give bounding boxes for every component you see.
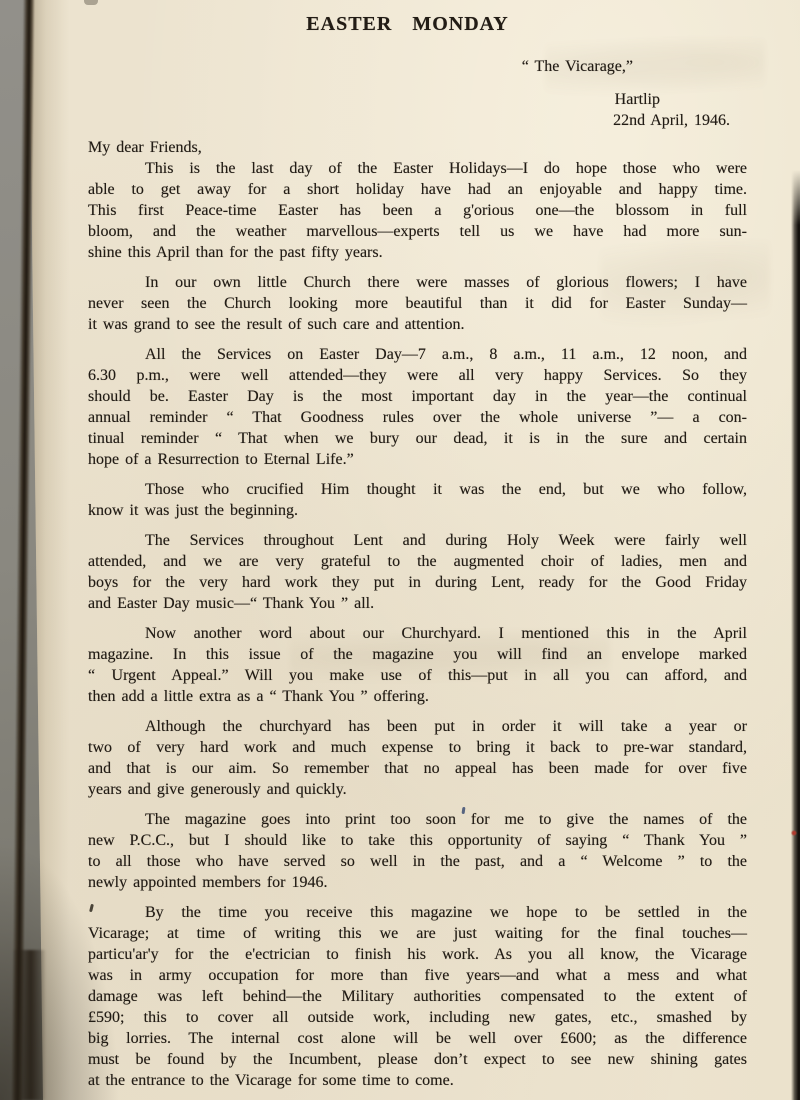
letter-paragraph: By the time you receive this magazine we… [88,902,747,1091]
scanned-page-background: EASTER MONDAY “ The Vicarage,” Hartlip 2… [0,0,800,1100]
letter-line: boys for the very hard work they put in … [88,572,747,593]
letter-paragraph: Now another word about our Churchyard. I… [88,623,747,707]
letter-line: particu'ar'y for the e'ectrician to fini… [88,944,747,965]
letter-line: newly appointed members for 1946. [88,872,747,893]
book-spine-crease [11,0,35,1100]
letter-line: All the Services on Easter Day—7 a.m., 8… [88,344,747,365]
letter-line: In our own little Church there were mass… [88,272,747,293]
letter-line: at the entrance to the Vicarage for some… [88,1070,747,1091]
page-right-edge-shadow [791,170,800,1100]
letter-body: EASTER MONDAY “ The Vicarage,” Hartlip 2… [88,0,747,1100]
letter-line: Those who crucified Him thought it was t… [88,479,747,500]
address-line-town: Hartlip [88,89,660,110]
letter-line: hope of a Resurrection to Eternal Life.” [88,449,747,470]
letter-line: Vicarage; at time of writing this we are… [88,923,747,944]
letter-line: attended, and we are very grateful to th… [88,551,747,572]
letter-line: This is the last day of the Easter Holid… [88,158,747,179]
letter-line: By the time you receive this magazine we… [88,902,747,923]
letter-line: and that is our aim. So remember that no… [88,758,747,779]
letter-line: should be. Easter Day is the most import… [88,386,747,407]
letter-line: able to get away for a short holiday hav… [88,179,747,200]
letter-line: to all those who have served so well in … [88,851,747,872]
letter-line: never seen the Church looking more beaut… [88,293,747,314]
letter-line: then add a little extra as a “ Thank You… [88,686,747,707]
letter-paragraph: The magazine goes into print too soon fo… [88,809,747,893]
address-line-vicarage: “ The Vicarage,” [88,56,633,77]
letter-paragraph: The Services throughout Lent and during … [88,530,747,614]
letter-line: shine this April than for the past fifty… [88,242,747,263]
letter-paragraph: Those who crucified Him thought it was t… [88,479,747,521]
letter-line: new P.C.C., but I should like to take th… [88,830,747,851]
letter-line: know it was just the beginning. [88,500,747,521]
book-spine-crease-bottom [12,950,46,1100]
salutation: My dear Friends, [88,137,747,158]
letter-paragraphs: This is the last day of the Easter Holid… [88,158,747,1091]
letter-line: annual reminder “ That Goodness rules ov… [88,407,747,428]
letter-line: 6.30 p.m., were well attended—they were … [88,365,747,386]
letter-line: magazine. In this issue of the magazine … [88,644,747,665]
letter-line: tinual reminder “ That when we bury our … [88,428,747,449]
letter-paragraph: This is the last day of the Easter Holid… [88,158,747,263]
letter-paragraph: Although the churchyard has been put in … [88,716,747,800]
letter-line: years and give generously and quickly. [88,779,747,800]
letter-line: must be found by the Incumbent, please d… [88,1049,747,1070]
letter-line: and Easter Day music—“ Thank You ” all. [88,593,747,614]
letter-line: This first Peace-time Easter has been a … [88,200,747,221]
letter-line: big lorries. The internal cost alone wil… [88,1028,747,1049]
letter-line: damage was left behind—the Military auth… [88,986,747,1007]
letter-line: Now another word about our Churchyard. I… [88,623,747,644]
letter-line: Although the churchyard has been put in … [88,716,747,737]
letter-line: £590; this to cover all outside work, in… [88,1007,747,1028]
letter-line: The magazine goes into print too soon fo… [88,809,747,830]
letter-line: “ Urgent Appeal.” Will you make use of t… [88,665,747,686]
ink-speck [89,904,94,912]
letter-line: The Services throughout Lent and during … [88,530,747,551]
sender-address-block: “ The Vicarage,” Hartlip 22nd April, 194… [88,56,747,131]
letter-line: it was grand to see the result of such c… [88,314,747,335]
letter-line: was in army occupation for more than fiv… [88,965,747,986]
page-title: EASTER MONDAY [68,14,747,34]
letter-paragraph: In our own little Church there were mass… [88,272,747,335]
letter-paragraph: All the Services on Easter Day—7 a.m., 8… [88,344,747,470]
red-ink-speck [791,830,797,836]
letter-line: bloom, and the weather marvellous—expert… [88,221,747,242]
letter-line: two of very hard work and much expense t… [88,737,747,758]
letter-date: 22nd April, 1946. [88,110,730,131]
